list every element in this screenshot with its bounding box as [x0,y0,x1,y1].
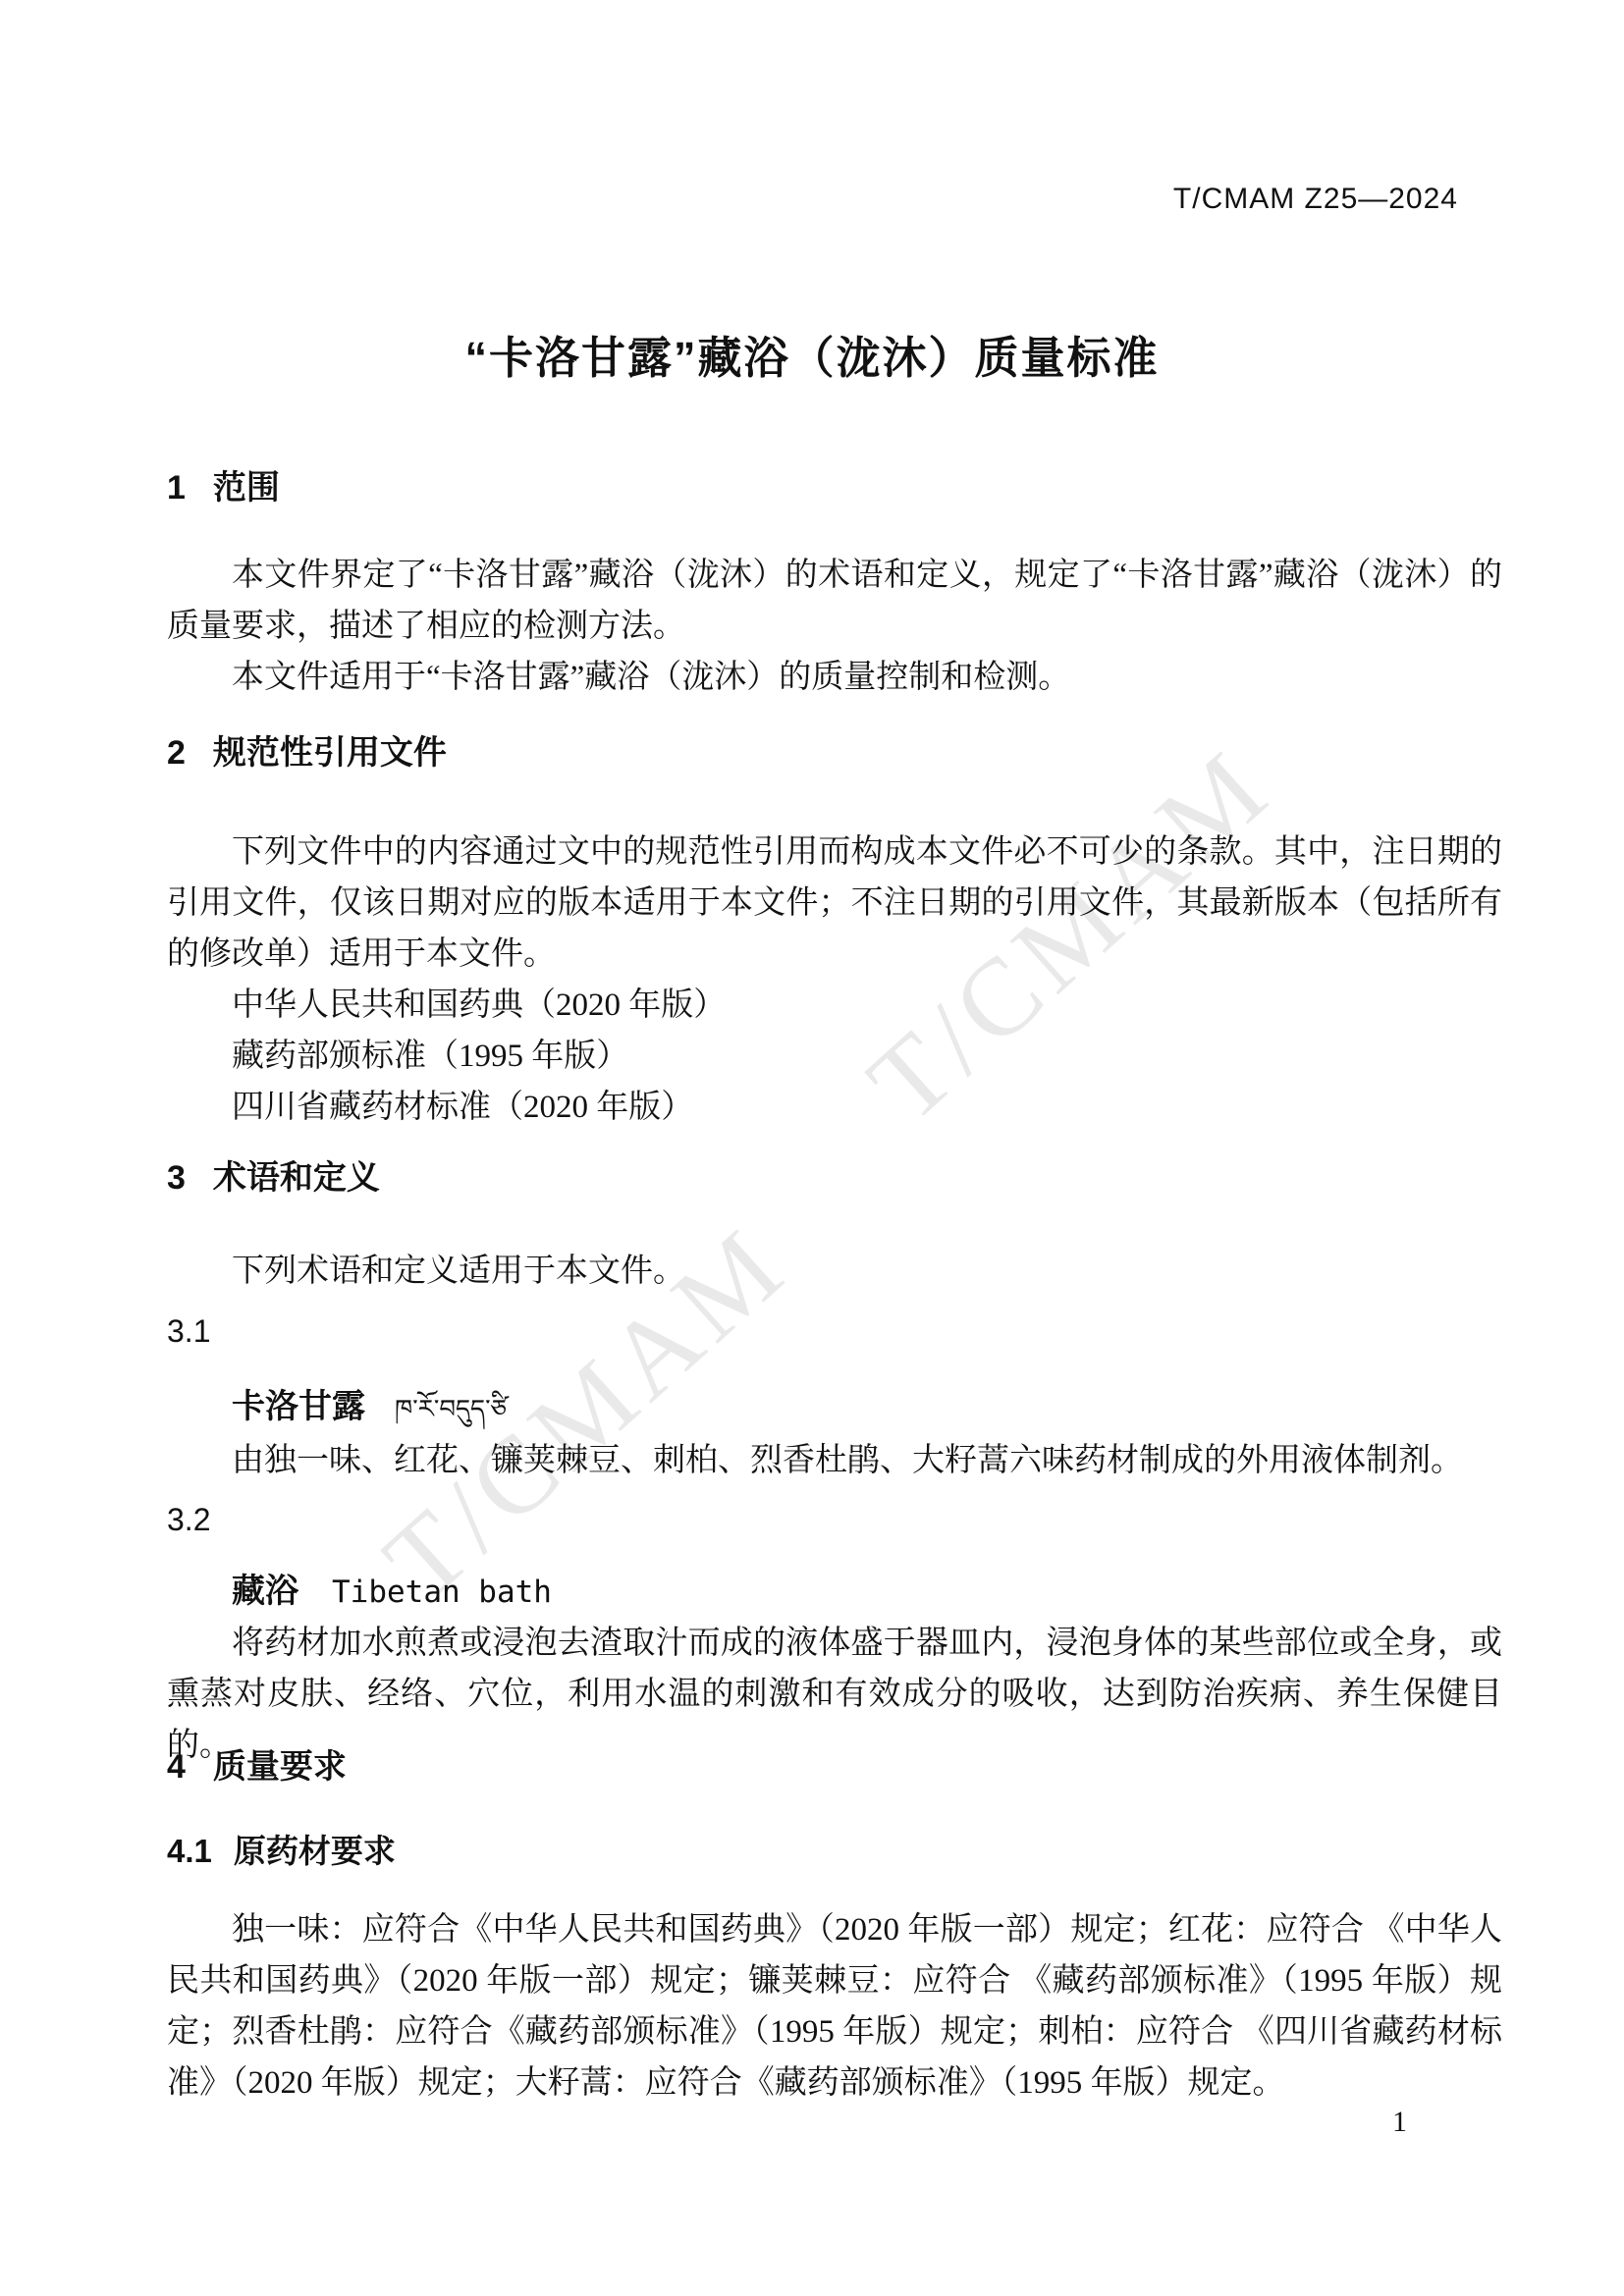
term-3-2-line: 藏浴Tibetan bath [167,1566,1502,1618]
section-1-heading: 1范围 [167,468,1502,507]
term-3-2-block: 藏浴Tibetan bath 将药材加水煎煮或浸泡去渣取汁而成的液体盛于器皿内，… [167,1566,1502,1771]
section-1-number: 1 [167,469,186,507]
section-3-intro-text: 下列术语和定义适用于本文件。 [167,1246,1502,1297]
section-2-body: 下列文件中的内容通过文中的规范性引用而构成本文件必不可少的条款。其中，注日期的引… [167,827,1502,1133]
term-3-1-line: 卡洛甘露ཁ་རོ་བདུད་ཙི [167,1381,1502,1435]
doc-code: T/CMAM Z25—2024 [167,183,1458,216]
normative-reference: 四川省藏药材标准（2020 年版） [167,1082,1502,1133]
section-4-number: 4 [167,1748,186,1786]
normative-reference: 藏药部颁标准（1995 年版） [167,1031,1502,1082]
section-4-heading: 4质量要求 [167,1747,1502,1787]
term-3-1-number: 3.1 [167,1312,1502,1350]
section-4-1-heading: 4.1原药材要求 [167,1832,1502,1871]
section-3-title: 术语和定义 [213,1159,380,1197]
term-3-2-name: 藏浴 [232,1573,298,1610]
section-4-1-body: 独一味：应符合《中华人民共和国药典》（2020 年版一部）规定；红花：应符合 《… [167,1904,1502,2109]
section-2-number: 2 [167,734,186,772]
section-2-title: 规范性引用文件 [213,734,447,772]
section-3-number: 3 [167,1159,186,1197]
section-1-paragraph: 本文件适用于“卡洛甘露”藏浴（泷沐）的质量控制和检测。 [167,652,1502,703]
page-title: “卡洛甘露”藏浴（泷沐）质量标准 [0,322,1624,386]
section-2-paragraph: 下列文件中的内容通过文中的规范性引用而构成本文件必不可少的条款。其中，注日期的引… [167,827,1502,980]
section-1-title: 范围 [213,469,280,507]
term-3-1-name: 卡洛甘露 [232,1388,365,1425]
section-4-1-paragraph: 独一味：应符合《中华人民共和国药典》（2020 年版一部）规定；红花：应符合 《… [167,1904,1502,2109]
section-1-paragraph: 本文件界定了“卡洛甘露”藏浴（泷沐）的术语和定义，规定了“卡洛甘露”藏浴（泷沐）… [167,550,1502,652]
page-number: 1 [1392,2106,1407,2139]
section-4-1-title: 原药材要求 [234,1833,396,1869]
normative-reference: 中华人民共和国药典（2020 年版） [167,980,1502,1031]
term-3-1-definition: 由独一味、红花、镰荚棘豆、刺柏、烈香杜鹃、大籽蒿六味药材制成的外用液体制剂。 [167,1435,1502,1486]
section-3-heading: 3术语和定义 [167,1158,1502,1198]
section-4-title: 质量要求 [213,1748,347,1786]
document-page: T/CMAM T/CMAM T/CMAM Z25—2024 “卡洛甘露”藏浴（泷… [0,0,1624,2296]
term-3-1-tibetan: ཁ་རོ་བདུད་ཙི [395,1395,507,1423]
section-3-intro: 下列术语和定义适用于本文件。 [167,1246,1502,1297]
term-3-1-block: 卡洛甘露ཁ་རོ་བདུད་ཙི 由独一味、红花、镰荚棘豆、刺柏、烈香杜鹃、大籽… [167,1381,1502,1486]
term-3-2-number: 3.2 [167,1501,1502,1538]
section-4-1-number: 4.1 [167,1833,212,1869]
section-1-body: 本文件界定了“卡洛甘露”藏浴（泷沐）的术语和定义，规定了“卡洛甘露”藏浴（泷沐）… [167,550,1502,703]
term-3-2-english: Tibetan bath [332,1575,552,1610]
section-2-heading: 2规范性引用文件 [167,733,1502,773]
